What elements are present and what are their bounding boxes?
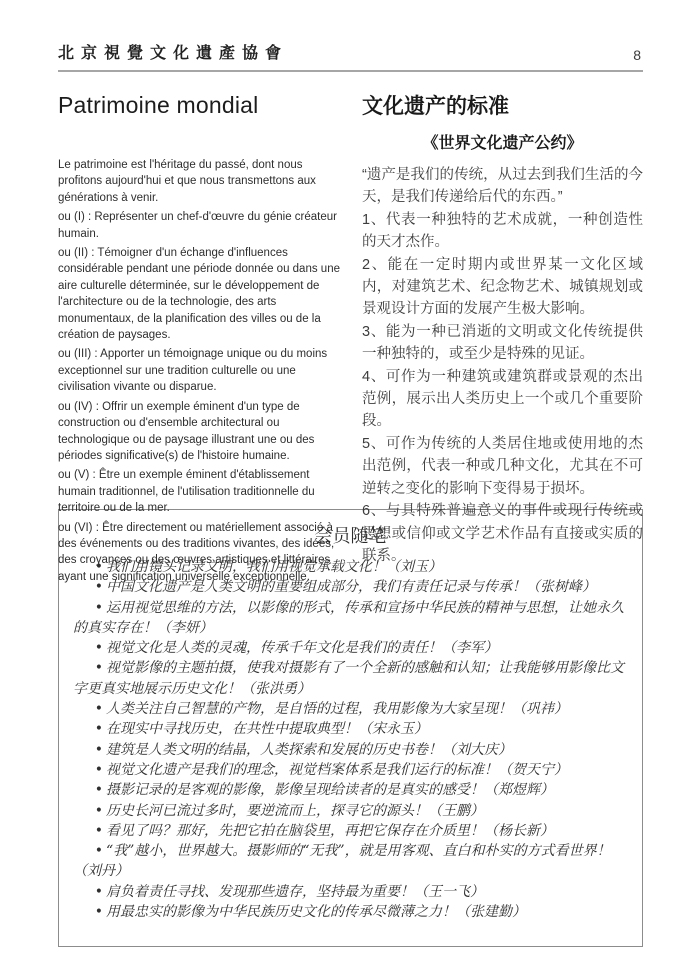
french-column: Patrimoine mondial Le patrimoine est l'h… (58, 90, 344, 488)
member-note-text: 肩负着责任寻找、发现那些遗存，坚持最为重要！（王一飞） (106, 884, 484, 900)
french-criterion-3: ou (III) : Apporter un témoignage unique… (58, 346, 344, 395)
convention-subtitle: 《世界文化遗产公约》 (362, 130, 643, 153)
member-note: •看见了吗？那好，先把它拍在脑袋里，再把它保存在介质里！（杨长新） (73, 821, 628, 841)
bullet-icon: • (95, 559, 103, 575)
member-note: •“我”越小，世界越大。摄影师的“无我”，就是用客观、直白和朴实的方式看世界！（… (73, 841, 628, 882)
member-note: •视觉文化遗产是我们的理念，视觉档案体系是我们运行的标准！（贺天宁） (73, 760, 628, 780)
bullet-icon: • (95, 579, 103, 595)
page-number: 8 (633, 47, 643, 63)
member-note-text: 我们用镜头记录文明，我们用视觉承载文化！（刘玉） (106, 559, 442, 575)
standard-item-3: 3、能为一种已消逝的文明或文化传统提供一种独特的，或至少是特殊的见证。 (362, 321, 643, 366)
standard-item-4: 4、可作为一种建筑或建筑群或景观的杰出范例，展示出人类历史上一个或几个重要阶段。 (362, 366, 643, 433)
chinese-title: 文化遗产的标准 (362, 90, 643, 120)
french-criterion-2: ou (II) : Témoigner d'un échange d'influ… (58, 245, 344, 343)
french-title: Patrimoine mondial (58, 92, 344, 119)
member-note: •中国文化遗产是人类文明的重要组成部分，我们有责任记录与传承！（张树峰） (73, 577, 628, 597)
member-note-text: 人类关注自己智慧的产物，是自悟的过程，我用影像为大家呈现！（巩祎） (106, 701, 568, 717)
member-note: •历史长河已流过多时，要逆流而上，探寻它的源头！（王鹏） (73, 801, 628, 821)
member-note-text: 摄影记录的是客观的影像，影像呈现给读者的是真实的感受！（郑煜辉） (106, 782, 554, 798)
member-note-text: “我”越小，世界越大。摄影师的“无我”，就是用客观、直白和朴实的方式看世界！（刘… (73, 843, 611, 879)
member-note-text: 建筑是人类文明的结晶，人类探索和发展的历史书卷！（刘大庆） (106, 742, 512, 758)
member-notes-box: 会员随笔 •我们用镜头记录文明，我们用视觉承载文化！（刘玉） •中国文化遗产是人… (58, 509, 643, 947)
member-note: •运用视觉思维的方法，以影像的形式，传承和宣扬中华民族的精神与思想，让她永久的真… (73, 598, 628, 639)
member-note: •视觉影像的主题拍摄，使我对摄影有了一个全新的感触和认知；让我能够用影像比文字更… (73, 658, 628, 699)
bullet-icon: • (95, 701, 103, 717)
bullet-icon: • (95, 721, 103, 737)
member-note: •用最忠实的影像为中华民族历史文化的传承尽微薄之力！（张建勤） (73, 902, 628, 922)
heritage-quote: “遗产是我们的传统，从过去到我们生活的今天，是我们传递给后代的东西。” (362, 164, 643, 209)
bullet-icon: • (95, 762, 103, 778)
bullet-icon: • (95, 660, 103, 676)
member-note-text: 看见了吗？那好，先把它拍在脑袋里，再把它保存在介质里！（杨长新） (106, 823, 554, 839)
member-note-text: 视觉文化遗产是我们的理念，视觉档案体系是我们运行的标准！（贺天宁） (106, 762, 568, 778)
page-header: 北京視覺文化遺產協會 8 (58, 40, 643, 72)
standard-item-1: 1、代表一种独特的艺术成就，一种创造性的天才杰作。 (362, 209, 643, 254)
bullet-icon: • (95, 803, 103, 819)
member-note: •摄影记录的是客观的影像，影像呈现给读者的是真实的感受！（郑煜辉） (73, 780, 628, 800)
bullet-icon: • (95, 782, 103, 798)
bullet-icon: • (95, 904, 103, 920)
bullet-icon: • (95, 742, 103, 758)
member-note-text: 视觉影像的主题拍摄，使我对摄影有了一个全新的感触和认知；让我能够用影像比文字更真… (73, 660, 624, 696)
member-note-text: 中国文化遗产是人类文明的重要组成部分，我们有责任记录与传承！（张树峰） (106, 579, 596, 595)
bullet-icon: • (95, 640, 103, 656)
member-note-text: 运用视觉思维的方法，以影像的形式，传承和宣扬中华民族的精神与思想，让她永久的真实… (73, 600, 624, 636)
french-criterion-5: ou (V) : Être un exemple éminent d'établ… (58, 467, 344, 516)
french-criterion-1: ou (I) : Représenter un chef-d'œuvre du … (58, 209, 344, 242)
organization-name: 北京視覺文化遺產協會 (58, 40, 288, 63)
member-note-text: 在现实中寻找历史，在共性中提取典型！（宋永玉） (106, 721, 428, 737)
standard-item-2: 2、能在一定时期内或世界某一文化区域内，对建筑艺术、纪念物艺术、城镇规划或景观设… (362, 254, 643, 321)
bullet-icon: • (95, 600, 103, 616)
member-note: •建筑是人类文明的结晶，人类探索和发展的历史书卷！（刘大庆） (73, 740, 628, 760)
member-note: •在现实中寻找历史，在共性中提取典型！（宋永玉） (73, 719, 628, 739)
french-intro: Le patrimoine est l'héritage du passé, d… (58, 157, 344, 206)
document-page: 北京視覺文化遺產協會 8 Patrimoine mondial Le patri… (0, 0, 700, 967)
bullet-icon: • (95, 823, 103, 839)
chinese-column: 文化遗产的标准 《世界文化遗产公约》 “遗产是我们的传统，从过去到我们生活的今天… (362, 90, 643, 488)
bullet-icon: • (95, 843, 103, 859)
member-note: •人类关注自己智慧的产物，是自悟的过程，我用影像为大家呈现！（巩祎） (73, 699, 628, 719)
french-criterion-4: ou (IV) : Offrir un exemple éminent d'un… (58, 399, 344, 465)
member-note: •视觉文化是人类的灵魂，传承千年文化是我们的责任！（李军） (73, 638, 628, 658)
member-note-text: 历史长河已流过多时，要逆流而上，探寻它的源头！（王鹏） (106, 803, 484, 819)
standard-item-5: 5、可作为传统的人类居住地或使用地的杰出范例，代表一种或几种文化，尤其在不可逆转… (362, 433, 643, 500)
member-note-text: 视觉文化是人类的灵魂，传承千年文化是我们的责任！（李军） (106, 640, 498, 656)
two-column-section: Patrimoine mondial Le patrimoine est l'h… (58, 90, 643, 488)
bullet-icon: • (95, 884, 103, 900)
member-note: •肩负着责任寻找、发现那些遗存，坚持最为重要！（王一飞） (73, 882, 628, 902)
member-note-text: 用最忠实的影像为中华民族历史文化的传承尽微薄之力！（张建勤） (106, 904, 526, 920)
